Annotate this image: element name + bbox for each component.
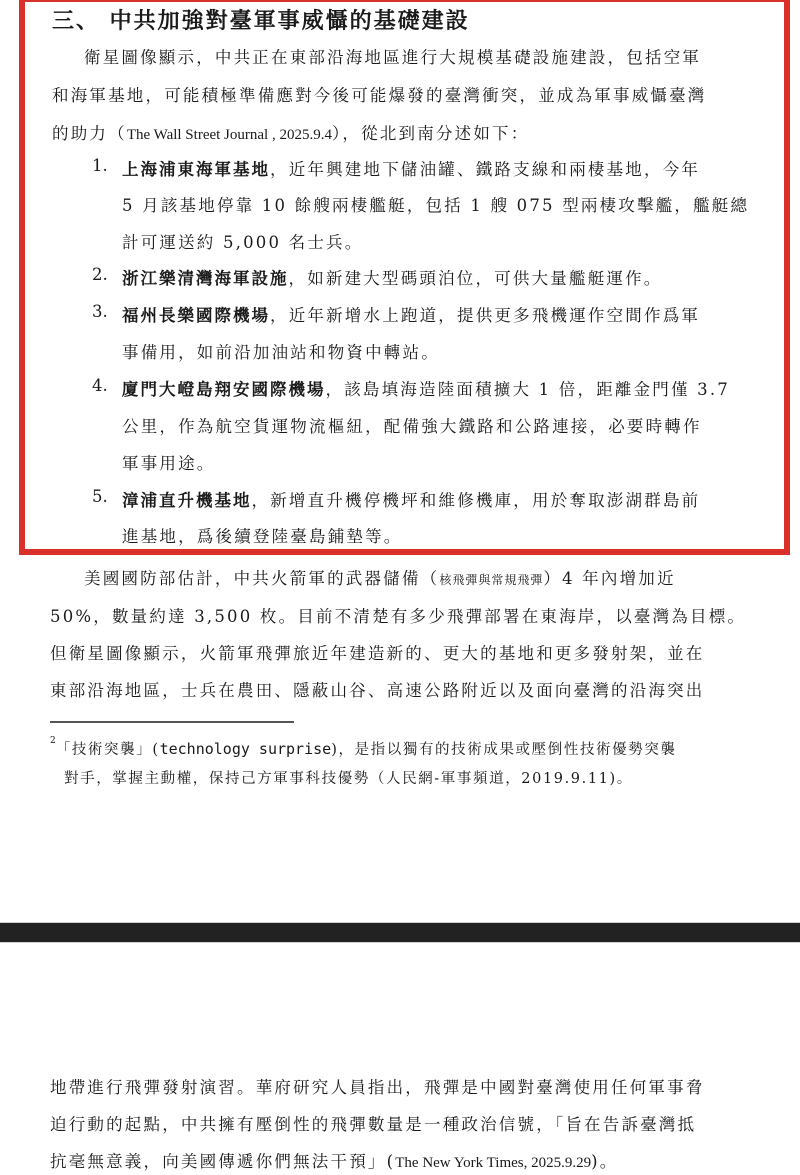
body-line-1: 美國國防部估計，中共火箭軍的武器儲備（核飛彈與常規飛彈）4 年內增加近 bbox=[84, 565, 676, 589]
body-line-4: 東部沿海地區，士兵在農田、隱蔽山谷、高速公路附近以及面向臺灣的沿海突出 bbox=[50, 677, 705, 701]
footnote-marker: 2 bbox=[50, 736, 56, 746]
footnote-text: 「技術突襲」( bbox=[56, 742, 160, 758]
highlight-box bbox=[19, 0, 790, 555]
citation-nyt: The New York Times, 2025.9.29 bbox=[395, 1155, 591, 1171]
body-line-2: 50%，數量約達 3,500 枚。目前不清楚有多少飛彈部署在東海岸，以臺灣為目標… bbox=[50, 603, 746, 627]
page2-line-1: 地帶進行飛彈發射演習。華府研究人員指出，飛彈是中國對臺灣使用任何軍事脅 bbox=[50, 1074, 705, 1098]
footnote-rule bbox=[50, 721, 294, 723]
footnote-line-1: 2「技術突襲」(technology surprise)，是指以獨有的技術成果或… bbox=[50, 738, 677, 759]
footnote-line-2: 對手，掌握主動權，保持己方軍事科技優勢（人民網-軍事頻道，2019.9.11)。 bbox=[64, 767, 633, 788]
page2-text: )。 bbox=[591, 1152, 618, 1171]
body-small-text: 核飛彈與常規飛彈 bbox=[439, 573, 543, 587]
body-text: ）4 年內增加近 bbox=[543, 569, 675, 588]
footnote-english: technology surprise bbox=[160, 740, 332, 758]
page2-text: 抗毫無意義，向美國傳遞你們無法干預」( bbox=[50, 1152, 395, 1171]
page2-line-3: 抗毫無意義，向美國傳遞你們無法干預」(The New York Times, 2… bbox=[50, 1148, 618, 1172]
footnote-text: )，是指以獨有的技術成果或壓倒性技術優勢突襲 bbox=[331, 742, 676, 758]
body-text: 美國國防部估計，中共火箭軍的武器儲備（ bbox=[84, 569, 439, 588]
body-line-3: 但衛星圖像顯示，火箭軍飛彈旅近年建造新的、更大的基地和更多發射架，並在 bbox=[50, 640, 705, 664]
page2-line-2: 迫行動的起點，中共擁有壓倒性的飛彈數量是一種政治信號，「旨在告訴臺灣抵 bbox=[50, 1111, 696, 1135]
document-page-2: 地帶進行飛彈發射演習。華府研究人員指出，飛彈是中國對臺灣使用任何軍事脅 迫行動的… bbox=[0, 943, 800, 1175]
page-separator bbox=[0, 922, 800, 943]
document-page-1: 三、 中共加強對臺軍事威懾的基礎建設 衛星圖像顯示，中共正在東部沿海地區進行大規… bbox=[0, 0, 800, 922]
